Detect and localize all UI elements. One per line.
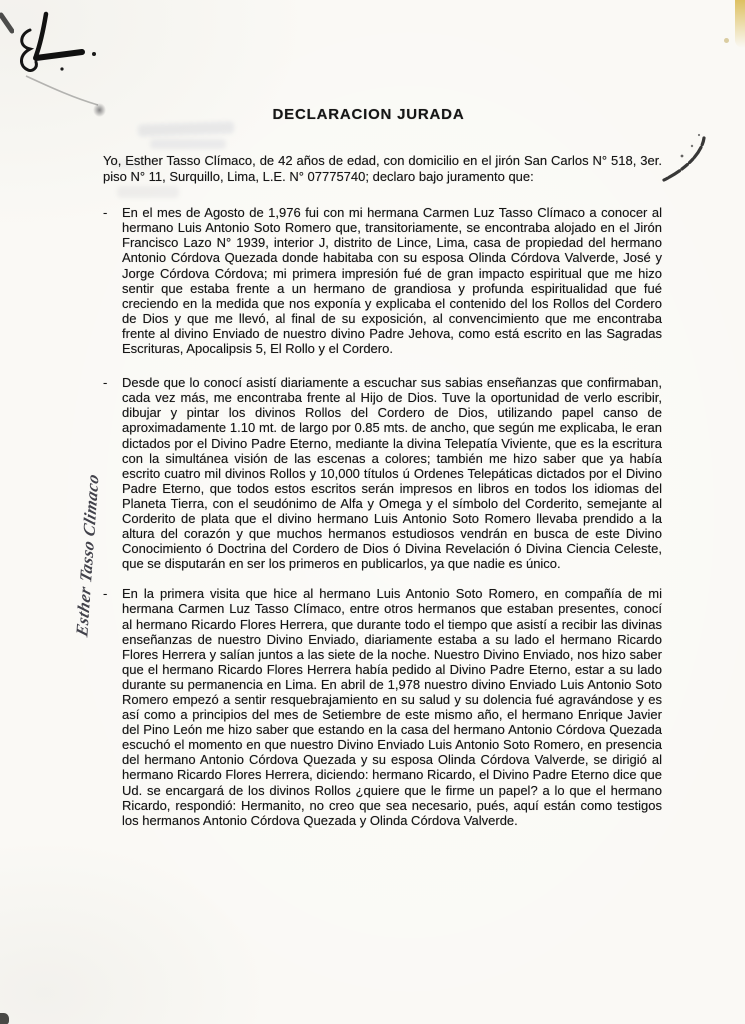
paragraph-text: En la primera visita que hice al hermano… — [122, 586, 662, 828]
declarant-intro: Yo, Esther Tasso Clímaco, de 42 años de … — [103, 153, 662, 184]
document-title: DECLARACION JURADA — [89, 106, 648, 123]
paragraph-item: - En el mes de Agosto de 1,976 fui con m… — [103, 205, 662, 356]
scanned-page: Esther Tasso Climaco DECLARACION JURADA … — [0, 0, 745, 1024]
document-body: DECLARACION JURADA Yo, Esther Tasso Clím… — [103, 0, 662, 828]
paragraph-text: En el mes de Agosto de 1,976 fui con mi … — [122, 205, 662, 356]
bottom-corner-mark — [0, 1013, 9, 1024]
margin-signature: Esther Tasso Climaco — [71, 442, 106, 668]
paragraph-item: - En la primera visita que hice al herma… — [103, 586, 662, 828]
paragraph-item: - Desde que lo conocí asistí diariamente… — [103, 375, 662, 571]
edge-pen-mark-icon — [0, 12, 14, 36]
paragraph-dash: - — [103, 586, 122, 601]
paragraph-dash: - — [103, 375, 122, 390]
corner-stain — [735, 0, 745, 48]
paragraph-dash: - — [103, 205, 122, 220]
stain-dot — [724, 38, 729, 43]
paragraph-text: Desde que lo conocí asistí diariamente a… — [122, 375, 662, 571]
